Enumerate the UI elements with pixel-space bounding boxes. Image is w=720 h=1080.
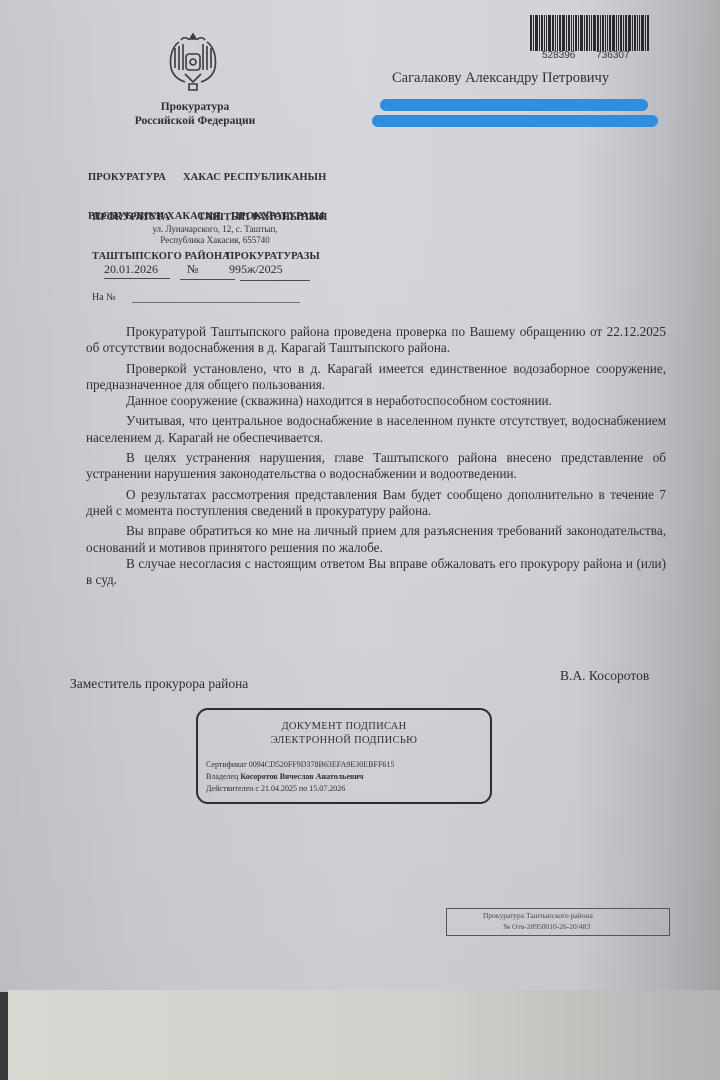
republic-right-line1: ХАКАС РЕСПУБЛИКАНЫН (183, 171, 326, 184)
body-paragraph: В целях устранения нарушения, главе Ташт… (86, 450, 666, 483)
letter-date: 20.01.2026 (104, 262, 158, 277)
body-paragraph: Вы вправе обратиться ко мне на личный пр… (86, 523, 666, 556)
coat-of-arms-icon (165, 30, 221, 94)
org-address: ул. Луначарского, 12, с. Таштып, Республ… (110, 224, 320, 246)
e-signature-title-line1: ДОКУМЕНТ ПОДПИСАН (198, 720, 490, 734)
registration-line1: Прокуратура Таштыпского района (483, 911, 593, 921)
validity-line: Действителен с 21.04.2025 по 15.07.2026 (206, 784, 345, 793)
registration-stamp: Прокуратура Таштыпского района № Отв-209… (446, 908, 670, 936)
certificate-value: 0094CD520FF9D378B63EFA9E30EBFF615 (249, 760, 395, 769)
org-title: Прокуратура Российской Федерации (120, 100, 270, 128)
signatory-name: В.А. Косоротов (560, 668, 649, 684)
registration-line2: № Отв-20950010-26-20/483 (503, 922, 590, 932)
redaction-bar-1 (380, 99, 648, 111)
number-underline-2 (240, 280, 310, 281)
validity-label: Действителен (206, 784, 253, 793)
owner-value: Косоротов Вячеслав Анатольевич (240, 772, 363, 781)
letter-number: 995ж/2025 (229, 262, 283, 277)
org-title-line2: Российской Федерации (120, 114, 270, 128)
district-right-line1: ТАШТЫП РАЙОНЫНЫН (198, 211, 327, 224)
barcode-digits: 528396 736307 (542, 50, 630, 61)
underlying-sheet (8, 990, 720, 1080)
address-line2: Республика Хакасия, 655740 (110, 235, 320, 246)
e-signature-stamp: ДОКУМЕНТ ПОДПИСАН ЭЛЕКТРОННОЙ ПОДПИСЬЮ С… (196, 708, 492, 804)
org-title-line1: Прокуратура (120, 100, 270, 114)
redaction-bar-2 (372, 115, 658, 127)
valid-to: 15.07.2026 (309, 784, 345, 793)
valid-from: 21.04.2025 (261, 784, 297, 793)
e-signature-title: ДОКУМЕНТ ПОДПИСАН ЭЛЕКТРОННОЙ ПОДПИСЬЮ (198, 720, 490, 748)
recipient-name: Сагалакову Александру Петровичу (392, 70, 609, 87)
valid-to-prefix: по (299, 784, 307, 793)
address-line1: ул. Луначарского, 12, с. Таштып, (110, 224, 320, 235)
number-label: № (187, 262, 198, 277)
owner-line: Владелец Косоротов Вячеслав Анатольевич (206, 772, 363, 781)
valid-from-prefix: с (255, 784, 259, 793)
body-paragraph: Учитывая, что центральное водоснабжение … (86, 413, 666, 446)
e-signature-title-line2: ЭЛЕКТРОННОЙ ПОДПИСЬЮ (198, 734, 490, 748)
number-underline (205, 279, 235, 280)
body-paragraph: Проверкой установлено, что в д. Карагай … (86, 361, 666, 394)
body-paragraph: О результатах рассмотрения представления… (86, 487, 666, 520)
barcode-right-digits: 736307 (596, 50, 629, 61)
certificate-line: Сертификат 0094CD520FF9D378B63EFA9E30EBF… (206, 760, 394, 769)
body-paragraph: Прокуратурой Таштыпского района проведен… (86, 324, 666, 357)
barcode (530, 15, 698, 51)
body-paragraph: В случае несогласия с настоящим ответом … (86, 556, 666, 589)
body-paragraph: Данное сооружение (скважина) находится в… (86, 393, 666, 409)
signatory-role: Заместитель прокурора района (70, 676, 248, 692)
certificate-label: Сертификат (206, 760, 247, 769)
letter-body: Прокуратурой Таштыпского района проведен… (86, 324, 666, 588)
date-underline (104, 278, 170, 279)
barcode-left-digits: 528396 (542, 50, 575, 61)
owner-label: Владелец (206, 772, 238, 781)
sheet-edge-shadow (0, 992, 8, 1080)
reply-to-label: На № (92, 292, 116, 303)
reply-to-underline (132, 302, 300, 303)
